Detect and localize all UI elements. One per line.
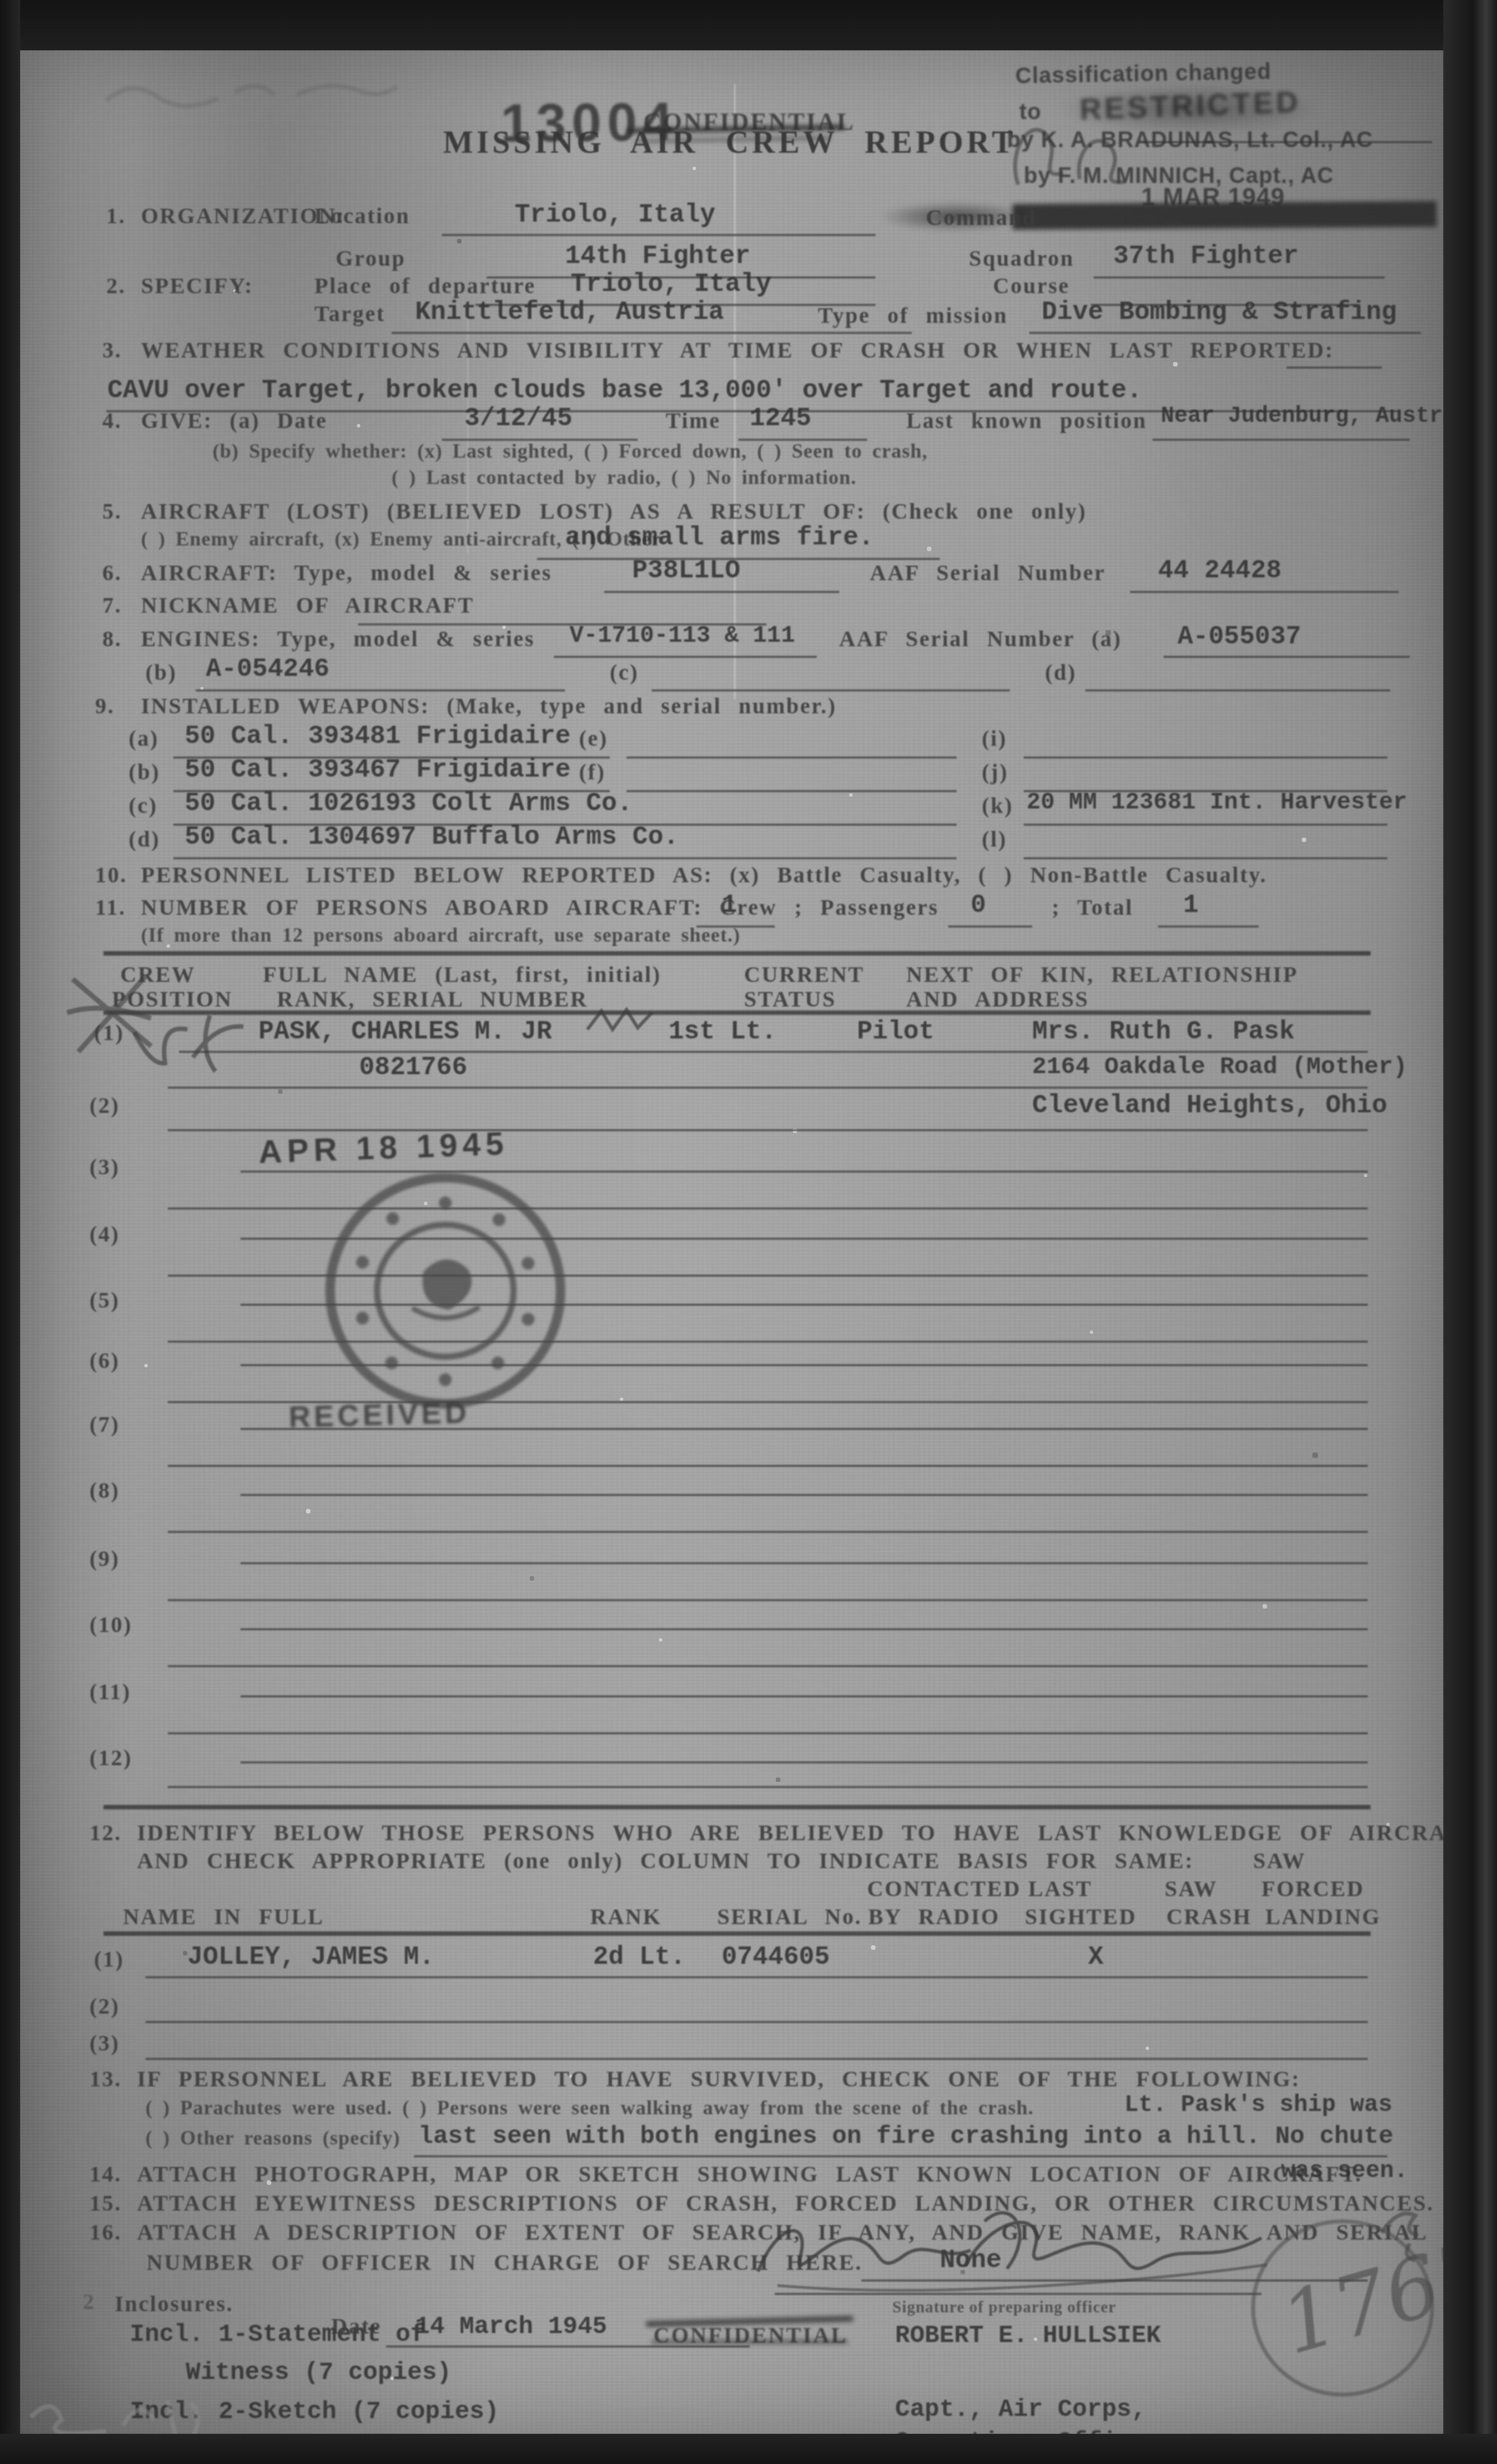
item8-b-line	[196, 689, 565, 692]
macr-scanned-page: 13004 CONFIDENTIAL Classification change…	[0, 0, 1497, 2464]
officer-name: ROBERT E. HULLSIEK	[895, 2322, 1161, 2350]
item9-row-c-right-label: (k)	[982, 792, 1013, 819]
crew-row1-kin3: Cleveland Heights, Ohio	[1032, 1091, 1387, 1120]
item8-b-label: (b)	[145, 659, 177, 685]
item9-row-a-mid-label: (e)	[579, 725, 608, 751]
crew-row1-kin1: Mrs. Ruth G. Pask	[1032, 1017, 1294, 1046]
pen-initials-overlay	[996, 106, 1141, 196]
crew-row1-rank: 1st Lt.	[669, 1017, 776, 1046]
item7-number: 7.	[102, 592, 122, 618]
item12-col-sighted: SIGHTED	[1025, 1903, 1137, 1930]
item1-squadron-line	[1094, 276, 1385, 279]
date-value: 14 March 1945	[415, 2313, 607, 2341]
obliteration-bar	[1013, 201, 1437, 229]
item12-col-forced: FORCED	[1261, 1875, 1364, 1902]
witness-row1-line	[145, 1976, 1368, 1978]
item8-type-line	[554, 656, 817, 658]
inclosures-count: 2	[83, 2288, 96, 2315]
crew-row8-number: (8)	[90, 1477, 120, 1503]
item11-passengers-line	[948, 925, 1032, 928]
item14-number: 14.	[90, 2161, 122, 2187]
item1-group-label: Group	[336, 245, 406, 271]
item12-number: 12.	[90, 1819, 122, 1846]
crew-col-rank-serial: RANK, SERIAL NUMBER	[277, 986, 588, 1012]
crew-row1-serial: 0821766	[359, 1053, 467, 1082]
item4-position-line	[1152, 439, 1410, 441]
item11-passengers-value: 0	[971, 891, 986, 920]
crew-row6-number: (6)	[90, 1347, 120, 1374]
incl1-line2: Witness (7 copies)	[186, 2359, 451, 2387]
item2-target-value: Knittlefeld, Austria	[415, 298, 724, 327]
item2-departure-label: Place of departure	[314, 272, 536, 299]
crew-row1-line2	[168, 1087, 1368, 1089]
item1-command-label: Command	[926, 204, 1037, 231]
item9-row-d-value: 50 Cal. 1304697 Buffalo Arms Co.	[185, 822, 679, 852]
crew-table-header-rule	[103, 1010, 1371, 1015]
crew-row11-line1	[241, 1695, 1368, 1697]
item1-squadron-value: 37th Fighter	[1113, 242, 1298, 271]
crew-row8-line1	[241, 1494, 1368, 1496]
item12-label2: AND CHECK APPROPRIATE (one only) COLUMN …	[137, 1847, 1194, 1874]
item9-row-b-value: 50 Cal. 393467 Frigidaire	[185, 755, 571, 784]
item12-col-landing: LANDING	[1265, 1903, 1381, 1930]
item13-label: IF PERSONNEL ARE BELIEVED TO HAVE SURVIV…	[137, 2066, 1301, 2092]
item6-type-value: P38L1LO	[632, 556, 740, 585]
item1-location-line	[442, 234, 875, 236]
item12-col-by-radio: BY RADIO	[868, 1903, 1000, 1930]
witness-row3-number: (3)	[90, 2030, 120, 2056]
item13-typed2: last seen with both engines on fire cras…	[418, 2123, 1394, 2151]
witness-row1-rank: 2d Lt.	[593, 1943, 686, 1972]
item4-give-label: GIVE: (a) Date	[141, 407, 327, 434]
item2-number: 2.	[106, 272, 126, 299]
item2-target-label: Target	[314, 300, 385, 327]
crew-row12-number: (12)	[90, 1744, 133, 1771]
crew-row12-line2	[168, 1786, 1368, 1788]
officer-rank: Capt., Air Corps,	[895, 2396, 1146, 2424]
crew-row4-number: (4)	[90, 1221, 120, 1247]
item12-col-last: LAST	[1028, 1875, 1093, 1902]
item3-label: WEATHER CONDITIONS AND VISIBILITY AT TIM…	[141, 337, 1334, 363]
crew-row10-line1	[241, 1628, 1368, 1630]
item4-time-value: 1245	[750, 404, 811, 433]
item9-row-a-value: 50 Cal. 393481 Frigidaire	[185, 722, 571, 751]
witness-row1-number: (1)	[94, 1946, 124, 1972]
crew-row12-line1	[241, 1761, 1368, 1764]
item8-serial-a-value: A-055037	[1178, 622, 1301, 651]
item16-number: 16.	[90, 2219, 122, 2245]
witness-row2-number: (2)	[90, 1993, 120, 2019]
item11-label: NUMBER OF PERSONS ABOARD AIRCRAFT: Crew	[141, 894, 777, 920]
item12-col-rank: RANK	[590, 1903, 662, 1930]
item4-b-line1: (b) Specify whether: (x) Last sighted, (…	[213, 439, 928, 463]
item5-other-value: and small arms fire.	[565, 523, 874, 552]
crew-row2-number: (2)	[90, 1092, 120, 1118]
item12-col-crash: CRASH	[1166, 1903, 1252, 1930]
item6-serial-line	[1130, 591, 1399, 593]
item5-label: AIRCRAFT (LOST) (BELIEVED LOST) AS A RES…	[141, 498, 1087, 524]
item6-type-line	[604, 591, 839, 593]
item2-departure-value: Triolo, Italy	[571, 270, 771, 299]
item3-trailing-line	[1287, 366, 1382, 369]
item9-row-c-label: (c)	[129, 792, 158, 819]
item6-number: 6.	[102, 559, 122, 586]
crew-col-fullname: FULL NAME (Last, first, initial)	[263, 961, 661, 988]
circular-stamp	[320, 1168, 571, 1413]
item9-row-b-mid-label: (f)	[579, 759, 605, 785]
item6-serial-value: 44 24428	[1158, 556, 1282, 585]
item9-row-c-value: 50 Cal. 1026193 Colt Arms Co.	[185, 789, 633, 818]
confidential-bottom-strike2	[652, 2340, 848, 2344]
crew-row1-number: (1)	[94, 1019, 124, 1046]
section12-top-rule	[103, 1805, 1371, 1809]
item11-note: (If more than 12 persons aboard aircraft…	[141, 923, 741, 947]
item9-row-a-line-r	[1024, 756, 1387, 759]
crew-row5-number: (5)	[90, 1287, 120, 1313]
signature-line	[775, 2293, 1261, 2295]
item9-label: INSTALLED WEAPONS: (Make, type and seria…	[141, 693, 836, 719]
crew-row10-number: (10)	[90, 1611, 133, 1638]
form-title: MISSING AIR CREW REPORT	[443, 124, 1016, 161]
crew-row9-line2	[168, 1599, 1368, 1601]
item7-label: NICKNAME OF AIRCRAFT	[141, 592, 474, 618]
item1-group-value: 14th Fighter	[565, 242, 750, 271]
crew-col-status: STATUS	[744, 986, 836, 1012]
item4-b-line2: ( ) Last contacted by radio, ( ) No info…	[392, 465, 856, 489]
witness-row2-line	[145, 2021, 1368, 2023]
item4-number: 4.	[102, 407, 122, 434]
pencil-check-row1	[126, 1004, 255, 1083]
item12-col-saw: SAW	[1165, 1875, 1217, 1902]
item2-label: SPECIFY:	[141, 272, 253, 299]
penciled-circle-number: 1767	[1242, 2199, 1454, 2406]
date-label: Date	[331, 2313, 382, 2339]
crew-row1-name: PASK, CHARLES M. JR	[258, 1017, 552, 1046]
signature-caption: Signature of preparing officer	[892, 2298, 1116, 2317]
crew-row7-line2	[168, 1465, 1368, 1467]
item2-mission-value: Dive Bombing & Strafing	[1042, 298, 1397, 327]
item9-row-c-line-r	[1024, 824, 1387, 826]
received-stamp: RECEIVED	[288, 1395, 470, 1435]
crew-col-kin: NEXT OF KIN, RELATIONSHIP	[906, 961, 1298, 988]
item1-location-value: Triolo, Italy	[515, 200, 715, 229]
crew-row8-line2	[168, 1531, 1368, 1533]
item8-c-line	[652, 689, 1010, 692]
inclosures-label: Inclosures.	[115, 2291, 233, 2317]
item9-row-d-line-r	[1024, 857, 1387, 859]
border-right	[1443, 0, 1497, 2464]
item1-number: 1.	[106, 203, 126, 229]
item8-label: ENGINES: Type, model & series	[141, 626, 535, 652]
item12-col-name: NAME IN FULL	[123, 1903, 324, 1930]
item14-typed: was seen.	[1281, 2157, 1408, 2184]
item10-label: PERSONNEL LISTED BELOW REPORTED AS: (x) …	[141, 862, 1267, 888]
crew-col-current: CURRENT	[744, 961, 864, 988]
crew-row1-kin2: 2164 Oakdale Road (Mother)	[1032, 1053, 1407, 1080]
crew-row7-number: (7)	[90, 1411, 120, 1437]
border-left	[0, 0, 20, 2464]
item13-typed2-line	[414, 2155, 1387, 2157]
crew-row9-line1	[241, 1562, 1368, 1564]
item9-row-b-line-m	[627, 790, 957, 792]
item9-row-d-label: (d)	[129, 826, 160, 852]
item8-d-label: (d)	[1045, 659, 1076, 685]
item9-row-a-line-m	[627, 756, 957, 759]
item11-total-label: ; Total	[1052, 894, 1133, 920]
item12-saw-top: SAW	[1253, 1847, 1306, 1874]
item1-location-label: Location	[314, 203, 410, 229]
item4-time-label: Time	[666, 407, 721, 434]
crew-col-address: AND ADDRESS	[906, 986, 1089, 1012]
item8-serial-b-value: A-054246	[206, 655, 329, 684]
item6-serial-label: AAF Serial Number	[870, 559, 1105, 586]
item9-row-a-right-label: (i)	[982, 725, 1007, 751]
item8-number: 8.	[102, 626, 122, 652]
item8-d-line	[1085, 689, 1390, 692]
item13-number: 13.	[90, 2066, 122, 2092]
item2-target-line	[392, 332, 912, 334]
witness-row1-mark: X	[1088, 1943, 1104, 1972]
item14-label: ATTACH PHOTOGRAPH, MAP OR SKETCH SHOWING…	[137, 2161, 1362, 2187]
item1-squadron-label: Squadron	[969, 245, 1074, 271]
item11-passengers-label: ; Passengers	[794, 894, 939, 920]
item11-total-value: 1	[1183, 891, 1199, 920]
item2-course-label: Course	[993, 272, 1070, 299]
item3-number: 3.	[102, 337, 122, 363]
witness-row1-name: JOLLEY, JAMES M.	[187, 1943, 435, 1972]
item8-type-value: V-1710-113 & 111	[569, 622, 795, 649]
item12-col-serial: SERIAL No.	[717, 1903, 862, 1930]
item3-value: CAVU over Target, broken clouds base 13,…	[107, 376, 1142, 405]
item11-total-line	[1158, 925, 1259, 928]
item13-opt1: ( ) Parachutes were used. ( ) Persons we…	[145, 2096, 1034, 2119]
crew-row1-status: Pilot	[857, 1017, 934, 1046]
item9-row-d-line-l	[173, 857, 957, 859]
item8-c-label: (c)	[610, 659, 639, 685]
item9-row-b-label: (b)	[129, 759, 160, 785]
item4-date-value: 3/12/45	[464, 404, 572, 433]
item4-position-value: Near Judenburg, Austria	[1161, 404, 1470, 429]
item9-row-c-right-value: 20 MM 123681 Int. Harvester	[1027, 789, 1407, 816]
crew-row3-number: (3)	[90, 1154, 120, 1180]
item5-number: 5.	[102, 498, 122, 524]
crew-table-top-rule	[103, 951, 1371, 956]
crew-row9-number: (9)	[90, 1545, 120, 1572]
pen-squiggle-after-name	[585, 1004, 669, 1038]
item13-opt2: ( ) Other reasons (specify)	[145, 2126, 401, 2150]
crew-row11-line2	[168, 1732, 1368, 1734]
border-bottom	[0, 2434, 1497, 2464]
item9-number: 9.	[95, 693, 115, 719]
pencil-scribble-top-left	[101, 62, 414, 123]
crew-row10-line2	[168, 1665, 1368, 1667]
item15-number: 15.	[90, 2190, 122, 2216]
item8-serial-label: AAF Serial Number (a)	[839, 626, 1122, 652]
item6-label: AIRCRAFT: Type, model & series	[141, 559, 552, 586]
crew-row11-number: (11)	[90, 1678, 131, 1705]
item12-col-contacted: CONTACTED	[867, 1875, 1021, 1902]
item2-mission-label: Type of mission	[818, 302, 1008, 328]
item11-crew-value: 1	[722, 891, 737, 920]
item11-number: 11.	[95, 894, 126, 920]
witness-row3-line	[145, 2058, 1368, 2060]
item9-row-d-right-label: (l)	[982, 826, 1007, 852]
border-top	[0, 0, 1497, 50]
item12-label1: IDENTIFY BELOW THOSE PERSONS WHO ARE BEL…	[137, 1819, 1478, 1846]
item10-number: 10.	[95, 862, 128, 888]
item2-mission-line	[1029, 332, 1421, 334]
item4-position-label: Last known position	[906, 407, 1147, 434]
item8-serial-a-line	[1164, 656, 1410, 658]
item9-row-a-label: (a)	[129, 725, 159, 751]
witness-row1-serial: 0744605	[722, 1943, 830, 1972]
item13-typed1: Lt. Pask's ship was	[1124, 2091, 1392, 2118]
section12-header-rule	[103, 1931, 1371, 1936]
item9-row-b-right-label: (j)	[982, 759, 1008, 785]
